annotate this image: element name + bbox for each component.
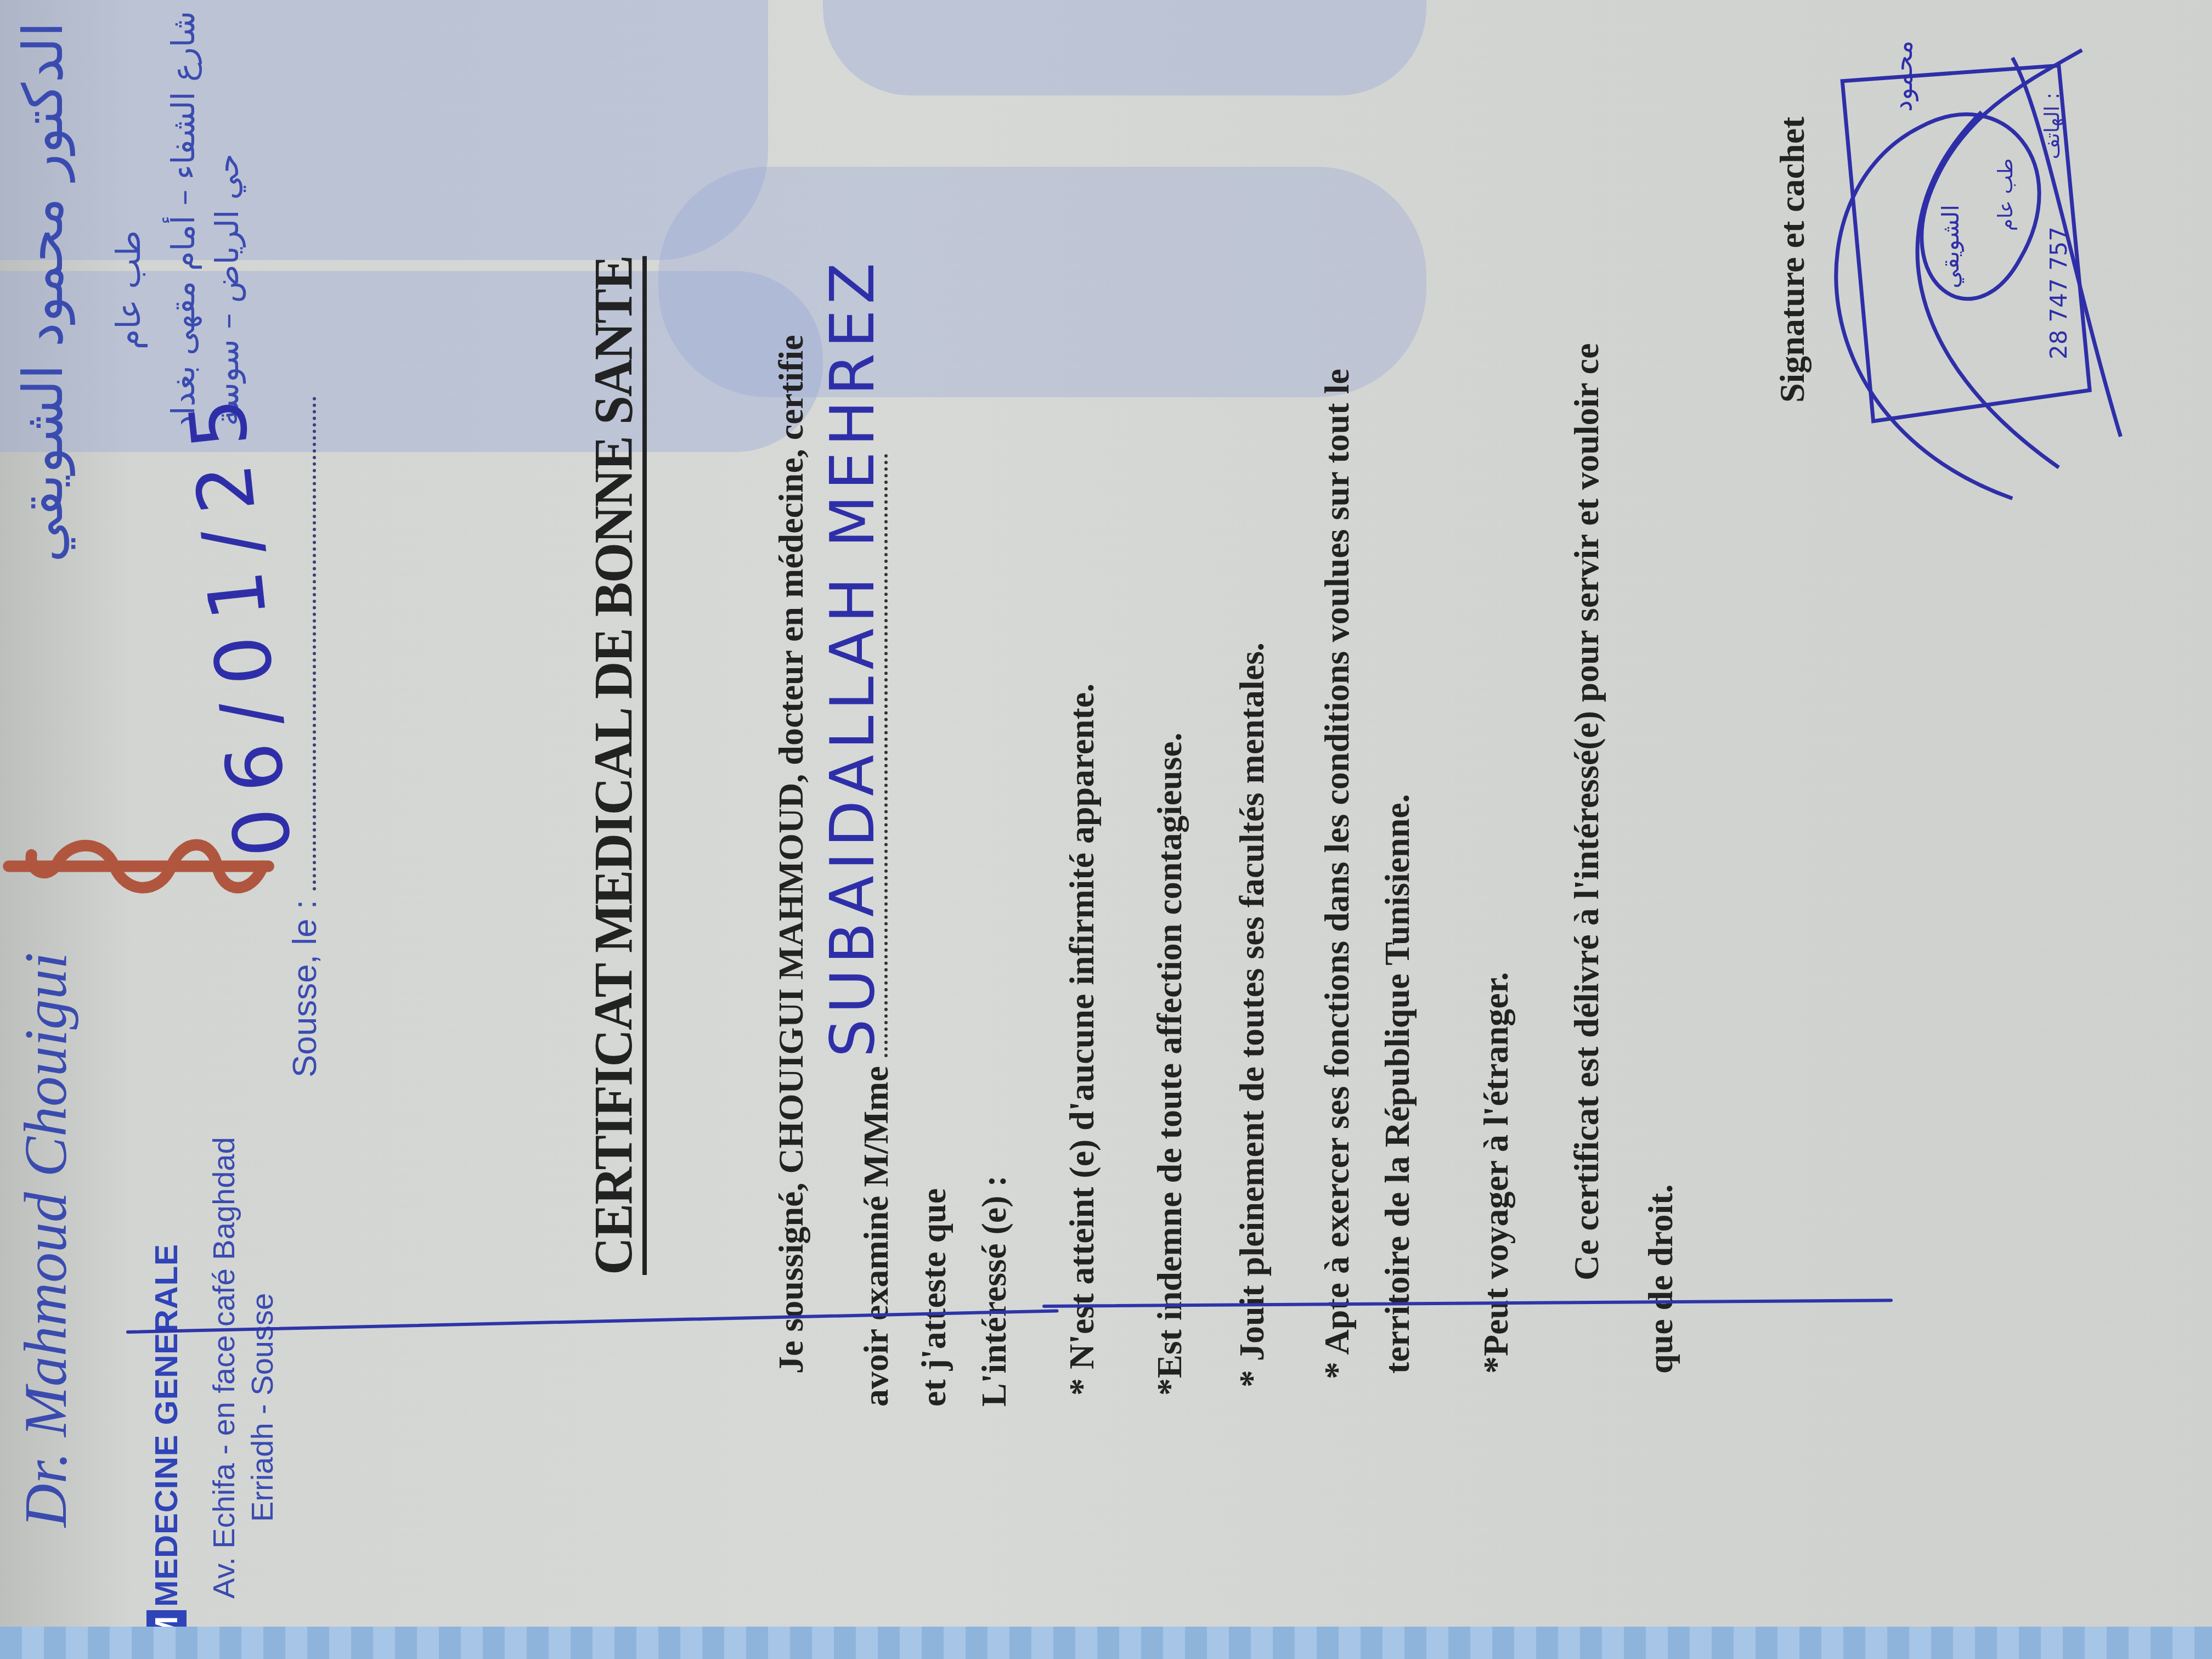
background-fabric — [0, 1627, 2212, 1659]
specialty-text: MEDECINE GENERALE — [149, 1244, 184, 1607]
condition-item: * N'est atteint (e) d'aucune infirmité a… — [1062, 684, 1102, 1396]
patient-name-field: SUBAIDALLAH MEHREZ — [878, 454, 888, 1057]
condition-item: * Apte à exercer ses fonctions dans les … — [1317, 369, 1357, 1379]
intro-line-1: Je soussigné, CHOUIGUI MAHMOUD, docteur … — [771, 335, 811, 1374]
closing-line-1: Ce certificat est délivré à l'intéressé(… — [1566, 343, 1607, 1280]
doctor-name-script: Dr. Mahmoud Chouigui — [11, 952, 81, 1527]
address-line-1: Av. Echifa - en face café Baghdad — [206, 1137, 241, 1599]
arabic-doctor-name: الدكتور محمود الشويقي — [11, 22, 75, 562]
date-dotted-line: 06/01/25 — [307, 397, 316, 890]
intro-line-2-prefix: avoir examiné M/Mme — [856, 1066, 895, 1407]
stamp-specialty: طب عام — [1994, 159, 2017, 231]
medical-certificate: Dr. Mahmoud Chouigui MMEDECINE GENERALE … — [0, 0, 2212, 1659]
date-label: Sousse, le : — [286, 900, 324, 1077]
watermark-shape — [0, 0, 768, 260]
stamp-phone-label: الهاتف : — [2040, 93, 2064, 159]
intro-line-2: avoir examiné M/Mme SUBAIDALLAH MEHREZ — [856, 454, 896, 1407]
date-handwritten: 06/01/25 — [171, 378, 309, 861]
arabic-address-line-1: شارع الشفاء – أمام مقهى بغداد — [165, 11, 202, 430]
specialty-heading: MMEDECINE GENERALE — [148, 1244, 185, 1648]
date-field: Sousse, le : 06/01/25 — [285, 397, 324, 1077]
signature-stamp: الدكتور محمود الشويقي طب عام الهاتف : 28… — [1827, 35, 2167, 529]
watermark-shape — [823, 0, 1426, 95]
signature-label: Signature et cachet — [1772, 117, 1813, 403]
closing-line-2: que de droit. — [1640, 1184, 1681, 1374]
certificate-title: CERTIFICAT MEDICAL DE BONNE SANTE — [582, 256, 645, 1275]
condition-item: * Jouit pleinement de toutes ses faculté… — [1232, 642, 1272, 1387]
condition-item: *Peut voyager à l'étranger. — [1476, 972, 1516, 1374]
interesse-label: L'intéressé (e) : — [974, 1175, 1014, 1407]
stamp-phone: 28 747 757 — [2045, 227, 2072, 359]
arabic-specialty: طب عام — [110, 230, 148, 349]
photo-background: Dr. Mahmoud Chouigui MMEDECINE GENERALE … — [0, 0, 2212, 1659]
condition-item: territoire de la République Tunisienne. — [1377, 794, 1418, 1374]
patient-name-handwritten: SUBAIDALLAH MEHREZ — [817, 257, 888, 1057]
stamp-surname: الشويقي — [1937, 205, 1965, 289]
intro-line-3: et j'atteste que — [913, 1188, 954, 1407]
condition-item: *Est indemne de toute affection contagie… — [1149, 732, 1190, 1396]
stamp-name: الدكتور محمود — [1888, 35, 1918, 112]
